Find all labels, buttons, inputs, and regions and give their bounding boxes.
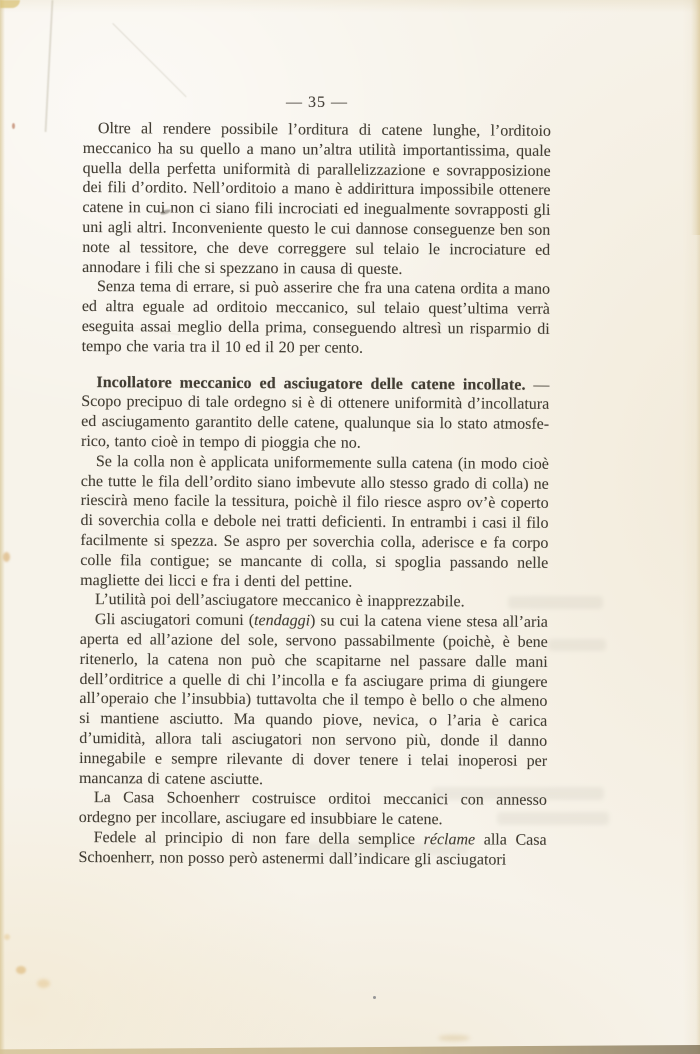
scanned-book-page: — 35 — Oltre al rendere possibile l’ordi… [0, 0, 700, 1054]
paragraph-incollatore: Incollatore meccanico ed asciugatore del… [81, 373, 549, 455]
corner-discoloration [0, 0, 20, 8]
text-block: Oltre al rendere possibile l’orditura di… [78, 119, 551, 870]
italic-term-reclame: réclame [424, 831, 476, 848]
paper-crease [45, 0, 53, 132]
page-number: — 35 — [83, 94, 551, 112]
foxing-spot [37, 979, 50, 988]
paper-crease [112, 23, 186, 97]
foxing-spot [3, 552, 10, 562]
paragraph-orditoio-advantages: Oltre al rendere possibile l’orditura di… [82, 119, 551, 280]
page-left-edge [0, 0, 5, 1054]
paragraph-segment: ) su cui la catena viene stesa all’aria … [79, 613, 548, 788]
foxing-spot [438, 1035, 470, 1041]
italic-term-tendaggi: tendaggi [254, 612, 310, 629]
paragraph-colla-uniforme: Se la colla non è applicata uniformement… [80, 452, 549, 593]
page-right-edge-shade [691, 0, 700, 235]
bleed-through-text [548, 639, 606, 651]
paragraph-segment: Gli asciugatori comuni ( [95, 611, 254, 629]
foxing-spot [4, 934, 10, 940]
page-bottom-edge [0, 1043, 700, 1054]
section-heading: Incollatore meccanico ed asciugatore del… [96, 374, 525, 394]
ink-dot [373, 996, 376, 999]
ink-speck [12, 123, 15, 129]
paragraph-casa-schoenherr: La Casa Schoenherr costruisce orditoi me… [79, 788, 547, 830]
paragraph-time-savings: Senza tema di errare, si può asserire ch… [82, 277, 550, 359]
paragraph-asciugatori-comuni: Gli asciugatori comuni (tendaggi) su cui… [79, 610, 548, 791]
paragraph-fedele-principio: Fedele al principio di non fare della se… [78, 828, 546, 870]
foxing-spot [16, 966, 26, 974]
paragraph-segment: Fedele al principio di non fare della se… [94, 829, 424, 848]
